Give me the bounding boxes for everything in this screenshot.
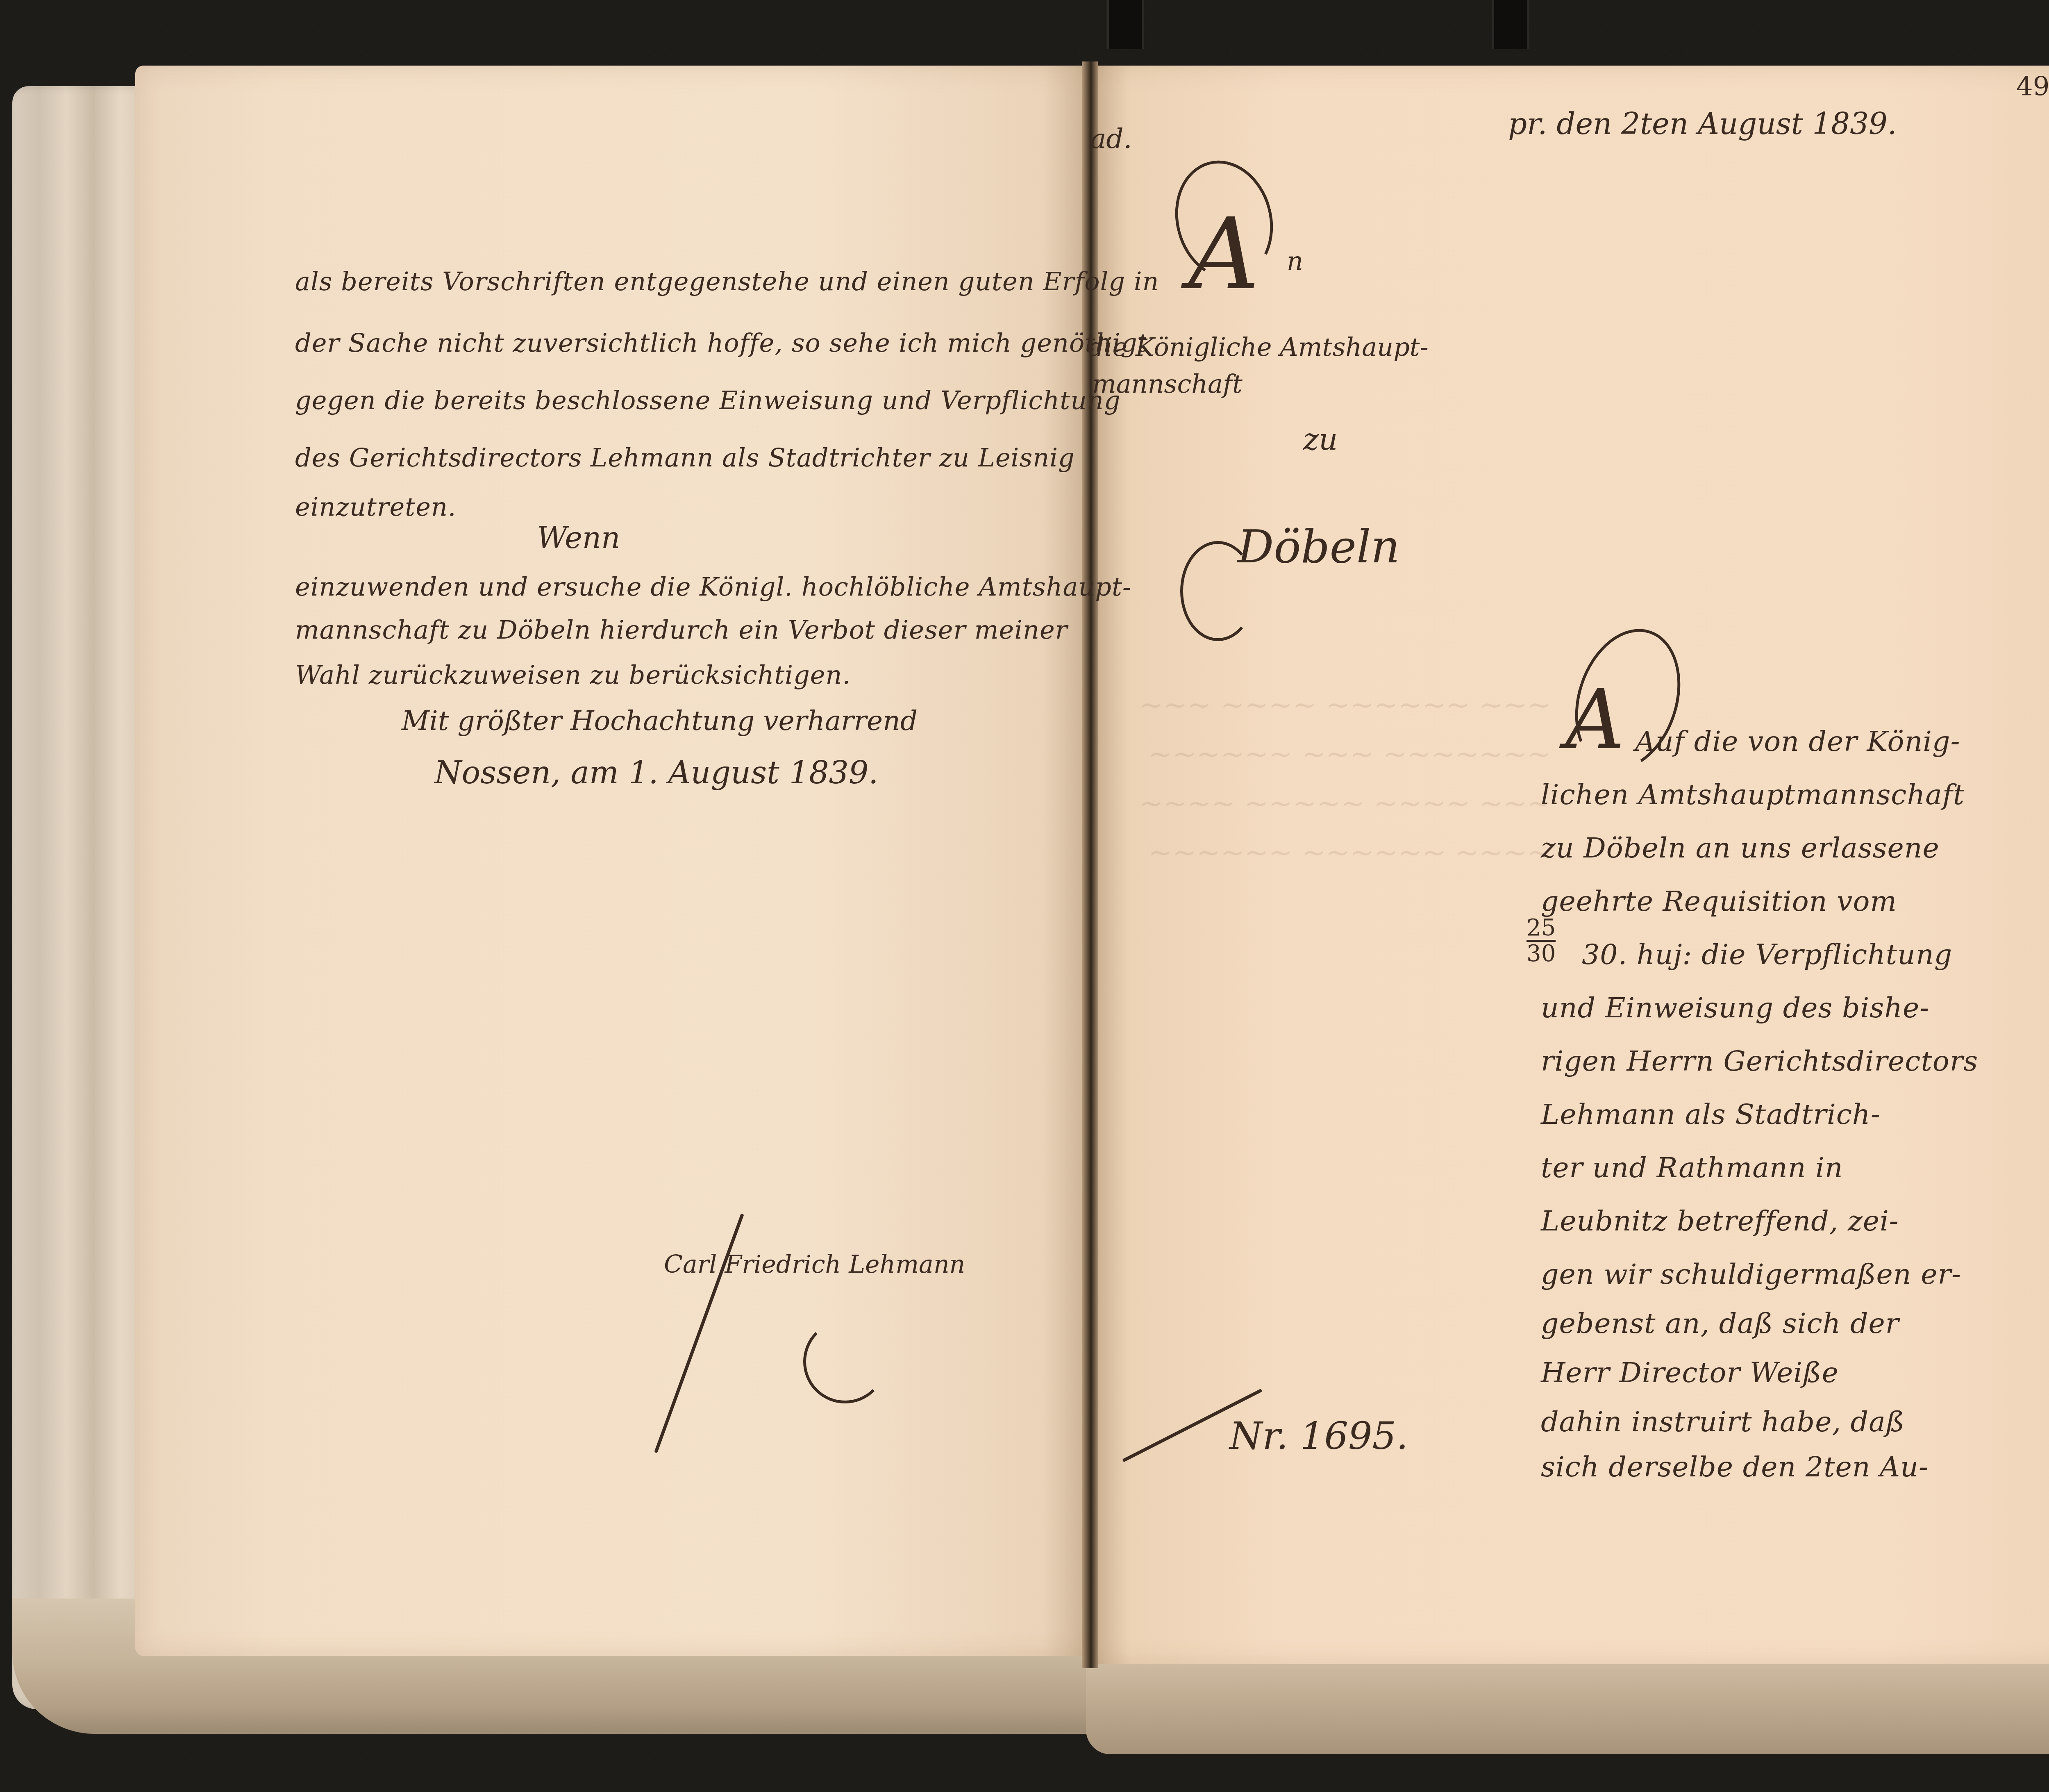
- registry-number: Nr. 1695.: [1229, 1414, 1408, 1458]
- signature-flourish: [803, 1320, 887, 1403]
- fraction-denominator: 30: [1527, 942, 1556, 966]
- right-body-line: gen wir schuldigermaßen er-: [1541, 1258, 1961, 1291]
- left-body-line: einzutreten.: [295, 492, 457, 522]
- right-body-line: und Einweisung des bishe-: [1541, 992, 1929, 1024]
- left-closing-line: mannschaft zu Döbeln hierdurch ein Verbo…: [295, 615, 1068, 645]
- right-body-line: Lehmann als Stadtrich-: [1541, 1098, 1881, 1131]
- right-body-line: zu Döbeln an uns erlassene: [1541, 832, 1940, 864]
- left-page: [135, 66, 1090, 1656]
- right-body-line: lichen Amtshauptmannschaft: [1541, 779, 1965, 811]
- left-body-line: der Sache nicht zuversichtlich hoffe, so…: [295, 328, 1148, 358]
- left-body-line: als bereits Vorschriften entgegenstehe u…: [295, 266, 1159, 296]
- right-body-line: Leubnitz betreffend, zei-: [1541, 1205, 1899, 1237]
- address-line-2: die Königliche Amtshaupt-: [1088, 332, 1429, 362]
- place-and-date: Nossen, am 1. August 1839.: [434, 754, 878, 791]
- salutation: Mit größter Hochachtung verharrend: [402, 705, 918, 737]
- left-body-line: gegen die bereits beschlossene Einweisun…: [295, 385, 1121, 415]
- right-body-line: sich derselbe den 2ten Au-: [1541, 1451, 1929, 1483]
- address-line-4: zu: [1303, 422, 1338, 457]
- scanner-clamp: [1492, 0, 1529, 49]
- address-initial: A: [1188, 197, 1259, 312]
- address-line-1: n: [1287, 246, 1303, 276]
- right-body-line: dahin instruirt habe, daß: [1541, 1406, 1905, 1438]
- left-heading: Wenn: [537, 521, 620, 555]
- left-closing-line: Wahl zurückzuweisen zu berücksichtigen.: [295, 660, 851, 690]
- corner-mark: ad.: [1090, 123, 1132, 155]
- right-body-line: rigen Herrn Gerichtsdirectors: [1541, 1045, 1978, 1078]
- bleed-through-text: ~~~ ~~~~ ~~~~~~ ~~~ ~~~~~~ ~~~ ~~~~~~~ ~…: [1139, 680, 1551, 877]
- right-body-line: geehrte Requisition vom: [1541, 885, 1897, 918]
- right-body-line: ter und Rathmann in: [1541, 1152, 1843, 1184]
- body-initial: A: [1565, 672, 1624, 768]
- right-body-line: 30. huj: die Verpflichtung: [1582, 939, 1952, 971]
- left-body-line: des Gerichtsdirectors Lehmann als Stadtr…: [295, 443, 1075, 473]
- address-city: Döbeln: [1238, 521, 1400, 573]
- city-flourish: [1180, 541, 1256, 641]
- folio-number: 49: [2016, 72, 2049, 102]
- book-gutter: [1082, 61, 1098, 1668]
- right-body-line: Auf die von der König-: [1635, 725, 1960, 758]
- receipt-note: pr. den 2ten August 1839.: [1508, 107, 1897, 141]
- signature: Carl Friedrich Lehmann: [664, 1250, 965, 1279]
- address-line-3: mannschaft: [1092, 369, 1243, 399]
- right-body-line: Herr Director Weiße: [1541, 1357, 1839, 1389]
- date-fraction: 25 30: [1527, 916, 1556, 966]
- right-body-line: gebenst an, daß sich der: [1541, 1308, 1899, 1340]
- fraction-numerator: 25: [1527, 916, 1556, 942]
- left-page-edges: [12, 86, 148, 1709]
- scanner-clamp: [1106, 0, 1144, 49]
- left-closing-line: einzuwenden und ersuche die Königl. hoch…: [295, 572, 1131, 602]
